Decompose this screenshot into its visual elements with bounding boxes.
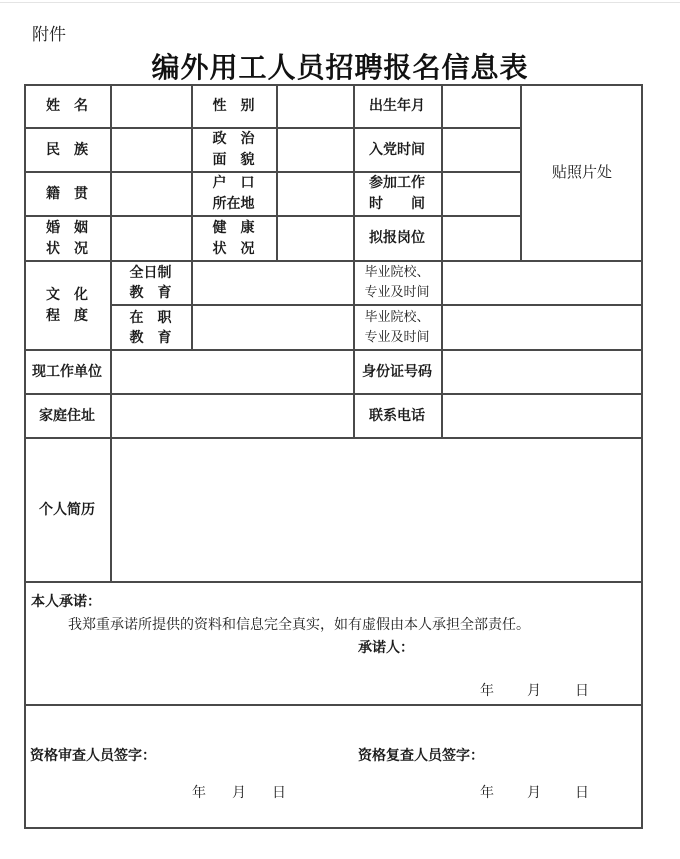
fulltime-label-line2: 教 育 — [130, 283, 172, 303]
rechecker-date-month: 月 — [527, 782, 541, 802]
school-label-line1: 毕业院校、 — [364, 308, 429, 328]
work-start-date-label: 参加工作 时 间 — [353, 172, 441, 216]
row-divider — [24, 437, 643, 439]
reviewer-date-month: 月 — [232, 782, 246, 802]
party-join-date-field[interactable] — [443, 130, 519, 170]
pledge-date-year: 年 — [480, 680, 494, 700]
marital-status-label: 婚 姻 状 况 — [24, 216, 110, 261]
ethnicity-label: 民 族 — [24, 128, 110, 172]
photo-placeholder[interactable]: 贴照片处 — [521, 84, 643, 260]
hukou-location-field[interactable] — [278, 174, 352, 214]
attachment-label: 附件 — [32, 20, 66, 45]
home-address-label: 家庭住址 — [24, 394, 110, 438]
current-employer-label: 现工作单位 — [24, 350, 110, 394]
phone-label: 联系电话 — [353, 394, 441, 438]
parttime-label-line1: 在 职 — [130, 308, 172, 328]
education-level-label: 文 化 程 度 — [24, 261, 110, 350]
form-title: 编外用工人员招聘报名信息表 — [0, 46, 680, 86]
work-start-label-line2: 时 间 — [369, 194, 425, 215]
parttime-label-line2: 教 育 — [130, 328, 172, 348]
work-start-date-field[interactable] — [443, 174, 519, 214]
marital-label-line1: 婚 姻 — [46, 218, 88, 239]
parttime-school-label: 毕业院校、 专业及时间 — [353, 305, 441, 350]
phone-field[interactable] — [443, 396, 641, 436]
fulltime-education-field[interactable] — [193, 263, 352, 303]
political-label-line2: 面 貌 — [213, 150, 255, 171]
birth-date-field[interactable] — [443, 86, 519, 126]
row-divider — [24, 704, 643, 706]
rechecker-signature-field[interactable] — [498, 740, 638, 766]
gender-field[interactable] — [278, 86, 352, 126]
gender-label: 性 别 — [191, 84, 276, 128]
school-label-line2: 专业及时间 — [364, 328, 429, 348]
reviewer-signature-field[interactable] — [170, 740, 330, 766]
current-employer-field[interactable] — [112, 352, 352, 392]
parttime-school-field[interactable] — [443, 307, 641, 348]
reviewer-signature-label: 资格审查人员签字： — [30, 745, 156, 765]
native-place-label: 籍 贯 — [24, 172, 110, 216]
school-label-line2: 专业及时间 — [364, 283, 429, 303]
reviewer-date-day: 日 — [272, 782, 286, 802]
fulltime-school-label: 毕业院校、 专业及时间 — [353, 261, 441, 305]
resume-field[interactable] — [112, 440, 641, 580]
applied-position-label: 拟报岗位 — [353, 216, 441, 261]
birth-date-label: 出生年月 — [353, 84, 441, 128]
pledge-text: 我郑重承诺所提供的资料和信息完全真实，如有虚假由本人承担全部责任。 — [68, 614, 530, 634]
pledge-date-month: 月 — [527, 680, 541, 700]
native-place-field[interactable] — [112, 174, 190, 214]
row-divider — [24, 581, 643, 583]
pledge-heading: 本人承诺： — [31, 591, 101, 611]
home-address-field[interactable] — [112, 396, 352, 436]
pledge-date-day: 日 — [575, 680, 589, 700]
photo-placeholder-label: 贴照片处 — [552, 162, 612, 183]
applied-position-field[interactable] — [443, 218, 519, 259]
school-label-line1: 毕业院校、 — [364, 263, 429, 283]
marital-label-line2: 状 况 — [46, 239, 88, 260]
rechecker-date-year: 年 — [480, 782, 494, 802]
health-status-label: 健 康 状 况 — [191, 216, 276, 261]
ethnicity-field[interactable] — [112, 130, 190, 170]
health-label-line1: 健 康 — [213, 218, 255, 239]
pledge-signer-label: 承诺人： — [358, 637, 414, 657]
pledge-signature-field[interactable] — [420, 632, 620, 658]
fulltime-education-label: 全日制 教 育 — [110, 261, 191, 305]
political-status-field[interactable] — [278, 130, 352, 170]
party-join-date-label: 入党时间 — [353, 128, 441, 172]
id-number-field[interactable] — [443, 352, 641, 392]
name-label: 姓 名 — [24, 84, 110, 128]
rechecker-signature-label: 资格复查人员签字： — [358, 745, 484, 765]
marital-status-field[interactable] — [112, 218, 190, 259]
political-status-label: 政 治 面 貌 — [191, 128, 276, 172]
parttime-education-field[interactable] — [193, 307, 352, 348]
health-status-field[interactable] — [278, 218, 352, 259]
hukou-label-line1: 户 口 — [213, 173, 255, 194]
fulltime-school-field[interactable] — [443, 263, 641, 303]
id-number-label: 身份证号码 — [353, 350, 441, 394]
resume-label: 个人简历 — [24, 438, 110, 582]
health-label-line2: 状 况 — [213, 239, 255, 260]
work-start-label-line1: 参加工作 — [369, 173, 425, 194]
hukou-location-label: 户 口 所在地 — [191, 172, 276, 216]
fulltime-label-line1: 全日制 — [130, 263, 172, 283]
political-label-line1: 政 治 — [213, 129, 255, 150]
rechecker-date-day: 日 — [575, 782, 589, 802]
name-field[interactable] — [112, 86, 190, 126]
row-divider — [24, 393, 643, 395]
page-top-border — [0, 2, 680, 3]
hukou-label-line2: 所在地 — [213, 194, 255, 215]
education-label-line1: 文 化 — [46, 285, 88, 306]
reviewer-date-year: 年 — [192, 782, 206, 802]
education-label-line2: 程 度 — [46, 306, 88, 327]
parttime-education-label: 在 职 教 育 — [110, 305, 191, 350]
